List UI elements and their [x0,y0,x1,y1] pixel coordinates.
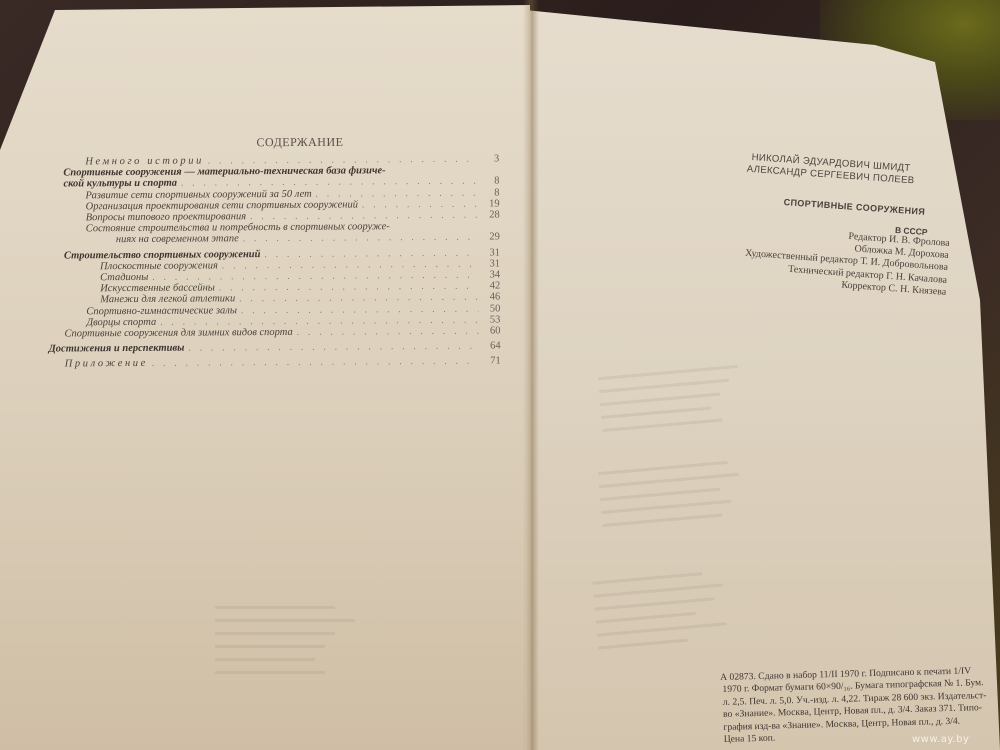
toc-entry-page: 46 [482,292,500,303]
show-through-text: ▬▬▬▬▬▬▬▬▬▬▬▬▬▬▬▬▬▬▬▬▬▬▬▬▬▬▬▬▬▬▬▬▬▬▬▬▬▬▬▬… [597,359,742,436]
watermark: www.ay.by [912,734,969,745]
toc-entry-label: Плоскостные сооружения [100,260,218,272]
leader-dots: .............................. [362,198,478,210]
toc-entry-page: 64 [483,341,501,352]
toc-entry-page: 42 [482,281,500,292]
toc-entry-page: 29 [482,232,500,243]
toc-entry-label: Достижения и перспективы [49,343,185,355]
toc-entry-page: 8 [481,176,499,187]
leader-dots: .............................. [152,356,479,369]
book-gutter [523,0,539,750]
toc-entry-continuation: ниях на современном этапе ..............… [48,232,500,246]
toc-entry-page: 34 [482,269,500,280]
toc-entry-page: 50 [482,303,500,314]
leader-dots: .............................. [243,232,478,245]
toc-entry-page: 31 [482,247,500,258]
toc-entry-label: Искусственные бассейны [100,283,215,295]
toc-entry-label: Приложение [65,358,148,370]
toc-entry-label: Стадионы [100,272,148,284]
toc-entry: Достижения и перспективы ...............… [49,341,501,355]
toc-heading: СОДЕРЖАНИЕ [220,135,380,151]
show-through-text: ▬▬▬▬▬▬▬▬▬▬▬▬▬▬▬▬▬▬▬▬▬▬▬▬▬▬▬▬▬▬▬▬▬▬▬▬▬▬▬▬… [597,454,742,531]
toc-entry-page: 71 [483,356,501,367]
leader-dots: .............................. [188,341,478,354]
toc-entry-page: 28 [482,209,500,220]
toc-entry-label: Дворцы спорта [86,317,156,329]
toc-entry-page: 8 [481,187,499,198]
toc-entry-page: 19 [482,198,500,209]
show-through-text: ▬▬▬▬▬▬▬▬▬▬▬▬▬▬▬▬▬▬▬▬▬▬▬▬▬▬▬▬▬▬▬▬▬▬▬▬▬▬▬▬… [592,564,728,653]
toc-entry-label: ской культуры и спорта [63,178,177,190]
toc-entry: Спортивные сооружения для зимних видов с… [48,325,500,339]
toc-entry-page: 3 [481,153,499,164]
leader-dots [394,229,478,230]
toc-entry-label: Спортивные сооружения для зимних видов с… [64,327,292,340]
table-of-contents: Немного истории ........................… [47,153,500,370]
toc-entry-page: 53 [482,314,500,325]
toc-entry-label: ниях на современном этапе [116,234,239,246]
toc-entry-label: Немного истории [85,155,204,167]
show-through-text: ▬▬▬▬▬▬▬▬▬▬▬▬▬▬▬▬▬▬▬▬▬▬▬▬▬▬▬▬▬▬▬▬▬▬▬▬▬▬▬▬… [215,600,355,678]
toc-entry-label: Манежи для легкой атлетики [100,294,235,306]
leader-dots: .............................. [297,326,479,338]
toc-entry-page: 60 [482,325,500,336]
toc-entry-page: 31 [482,258,500,269]
leader-dots [390,173,478,174]
